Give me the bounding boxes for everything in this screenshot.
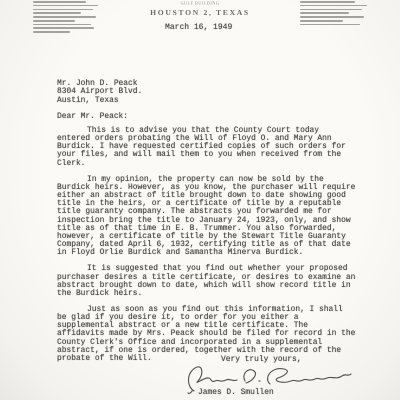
letter-date: March 16, 1949 xyxy=(165,23,232,32)
microprint-line xyxy=(300,16,364,18)
microprint-line xyxy=(33,27,94,29)
salutation: Dear Mr. Peack: xyxy=(57,112,128,121)
microprint-line xyxy=(33,24,91,26)
microprint-line xyxy=(300,1,355,3)
typed-signature-name: James D. Smullen xyxy=(198,388,274,397)
microprint-line xyxy=(33,20,75,22)
microprint-line xyxy=(33,12,81,14)
recipient-address: Mr. John D. Peack 8304 Airport Blvd. Aus… xyxy=(57,80,142,105)
letter-body: This is to advise you that the County Co… xyxy=(57,127,356,371)
microprint-line xyxy=(33,31,70,33)
letterhead-attorney-names-right xyxy=(300,1,370,27)
microprint-line xyxy=(33,9,93,11)
microprint-line xyxy=(300,5,367,7)
paragraph-3: It is suggested that you find out whethe… xyxy=(57,265,356,298)
paragraph-2: In my opinion, the property can now be s… xyxy=(57,176,356,258)
microprint-line xyxy=(300,9,362,11)
microprint-line xyxy=(300,24,360,26)
paragraph-4: Just as soon as you find out this inform… xyxy=(57,306,356,363)
paragraph-1: This is to advise you that the County Co… xyxy=(57,127,356,168)
letterhead-building: GULF BUILDING xyxy=(181,1,220,6)
microprint-line xyxy=(33,1,86,3)
letterhead-attorney-names-left xyxy=(33,1,101,35)
letter-scan: GULF BUILDING HOUSTON 2, TEXAS March 16,… xyxy=(0,0,400,400)
microprint-line xyxy=(300,12,349,14)
microprint-line xyxy=(33,5,98,7)
letterhead-city: HOUSTON 2, TEXAS xyxy=(150,8,250,17)
microprint-line xyxy=(300,20,343,22)
microprint-line xyxy=(33,16,96,18)
